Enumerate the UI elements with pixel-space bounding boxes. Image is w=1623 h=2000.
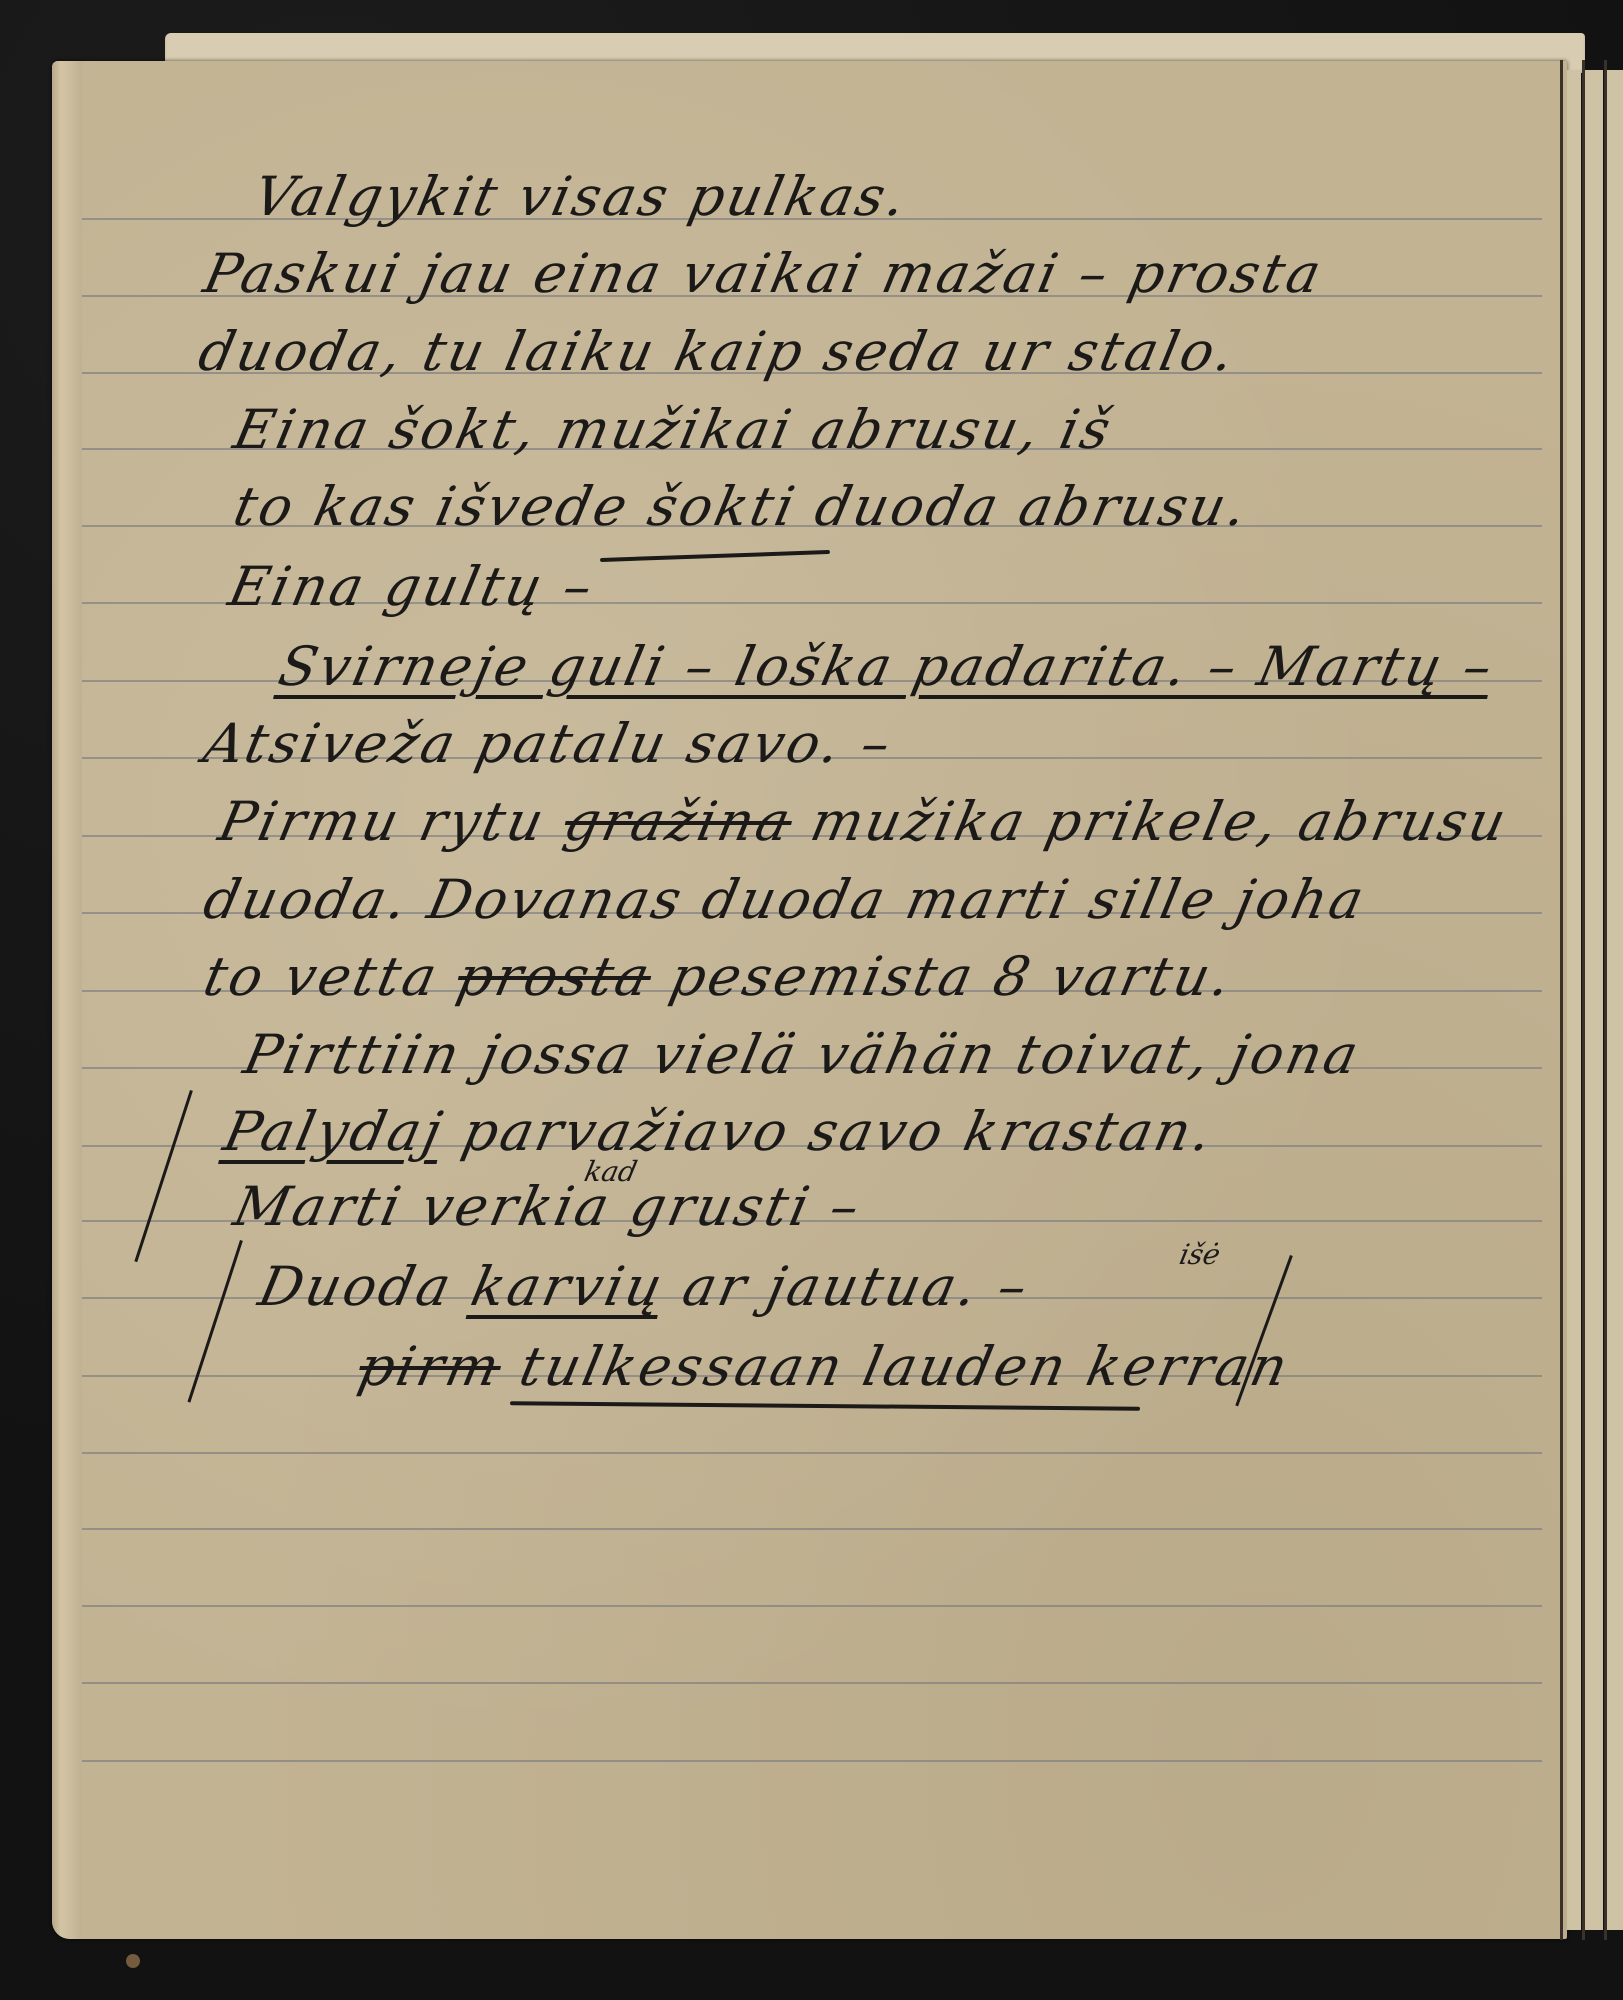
- handwritten-line: pirm tulkessaan lauden kerran: [353, 1335, 1296, 1398]
- struck-word: gražina: [559, 790, 799, 853]
- ruled-line: [82, 1605, 1542, 1607]
- handwritten-line: Atsiveža patalu savo. –: [198, 712, 899, 775]
- text-fragment: parvažiavo savo krastan.: [457, 1100, 1220, 1163]
- handwritten-line: Paskui jau eina vaikai mažai – prosta: [198, 242, 1329, 305]
- text-fragment: mužika prikele, abrusu: [805, 790, 1514, 853]
- ruled-line: [82, 1760, 1542, 1762]
- text-fragment: Duoda: [253, 1255, 459, 1318]
- struck-word: pirm: [353, 1335, 507, 1398]
- handwritten-line: to vetta prosta pesemista 8 vartu.: [198, 945, 1239, 1008]
- handwritten-line: Eina gultų –: [223, 555, 600, 618]
- ruled-line: [82, 1682, 1542, 1684]
- text-fragment: pesemista 8 vartu.: [665, 945, 1240, 1008]
- handwritten-line: Duoda karvių ar jautua. –: [253, 1255, 1035, 1318]
- handwritten-line: Svirneje guli – loška padarita. – Martų …: [273, 635, 1500, 698]
- text-fragment: Pirmu rytu: [213, 790, 552, 853]
- interlinear-insertion: išė: [1176, 1238, 1223, 1271]
- underlined-word: Palydaj: [218, 1100, 450, 1163]
- text-fragment: ar jautua. –: [677, 1255, 1035, 1318]
- handwritten-line: Marti verkia grusti –: [228, 1175, 867, 1238]
- ruled-line: [82, 1528, 1542, 1530]
- handwritten-line: Pirmu rytu gražina mužika prikele, abrus…: [213, 790, 1514, 853]
- underlined-word: Svirneje guli – loška padarita. – Martų …: [273, 635, 1500, 698]
- text-fragment: tulkessaan lauden kerran: [514, 1335, 1296, 1398]
- next-page-edge: [1567, 70, 1581, 1930]
- text-fragment: to vetta: [198, 945, 445, 1008]
- handwritten-line: to kas išvede šokti duoda abrusu.: [228, 475, 1255, 538]
- binding-edge: [52, 61, 82, 1939]
- next-page-edge: [1585, 70, 1603, 1930]
- next-page-edge: [1607, 70, 1623, 1930]
- handwritten-line: duoda, tu laiku kaip seda ur stalo.: [193, 320, 1242, 383]
- handwritten-line: Pirttiin jossa vielä vähän toivat, jona: [238, 1023, 1366, 1086]
- handwritten-line: Eina šokt, mužikai abrusu, iš: [228, 398, 1118, 461]
- handwritten-line: Palydaj parvažiavo savo krastan.: [218, 1100, 1220, 1163]
- page-fold-line: [1582, 60, 1585, 1940]
- handwritten-line: duoda. Dovanas duoda marti sille joha: [198, 868, 1372, 931]
- page-fold-line: [1560, 60, 1563, 1940]
- handwritten-line: Valgykit visas pulkas.: [248, 165, 914, 228]
- ruled-line: [82, 1452, 1542, 1454]
- struck-word: prosta: [452, 945, 658, 1008]
- ink-stain: [126, 1954, 140, 1968]
- underlined-word: karvių: [466, 1255, 671, 1318]
